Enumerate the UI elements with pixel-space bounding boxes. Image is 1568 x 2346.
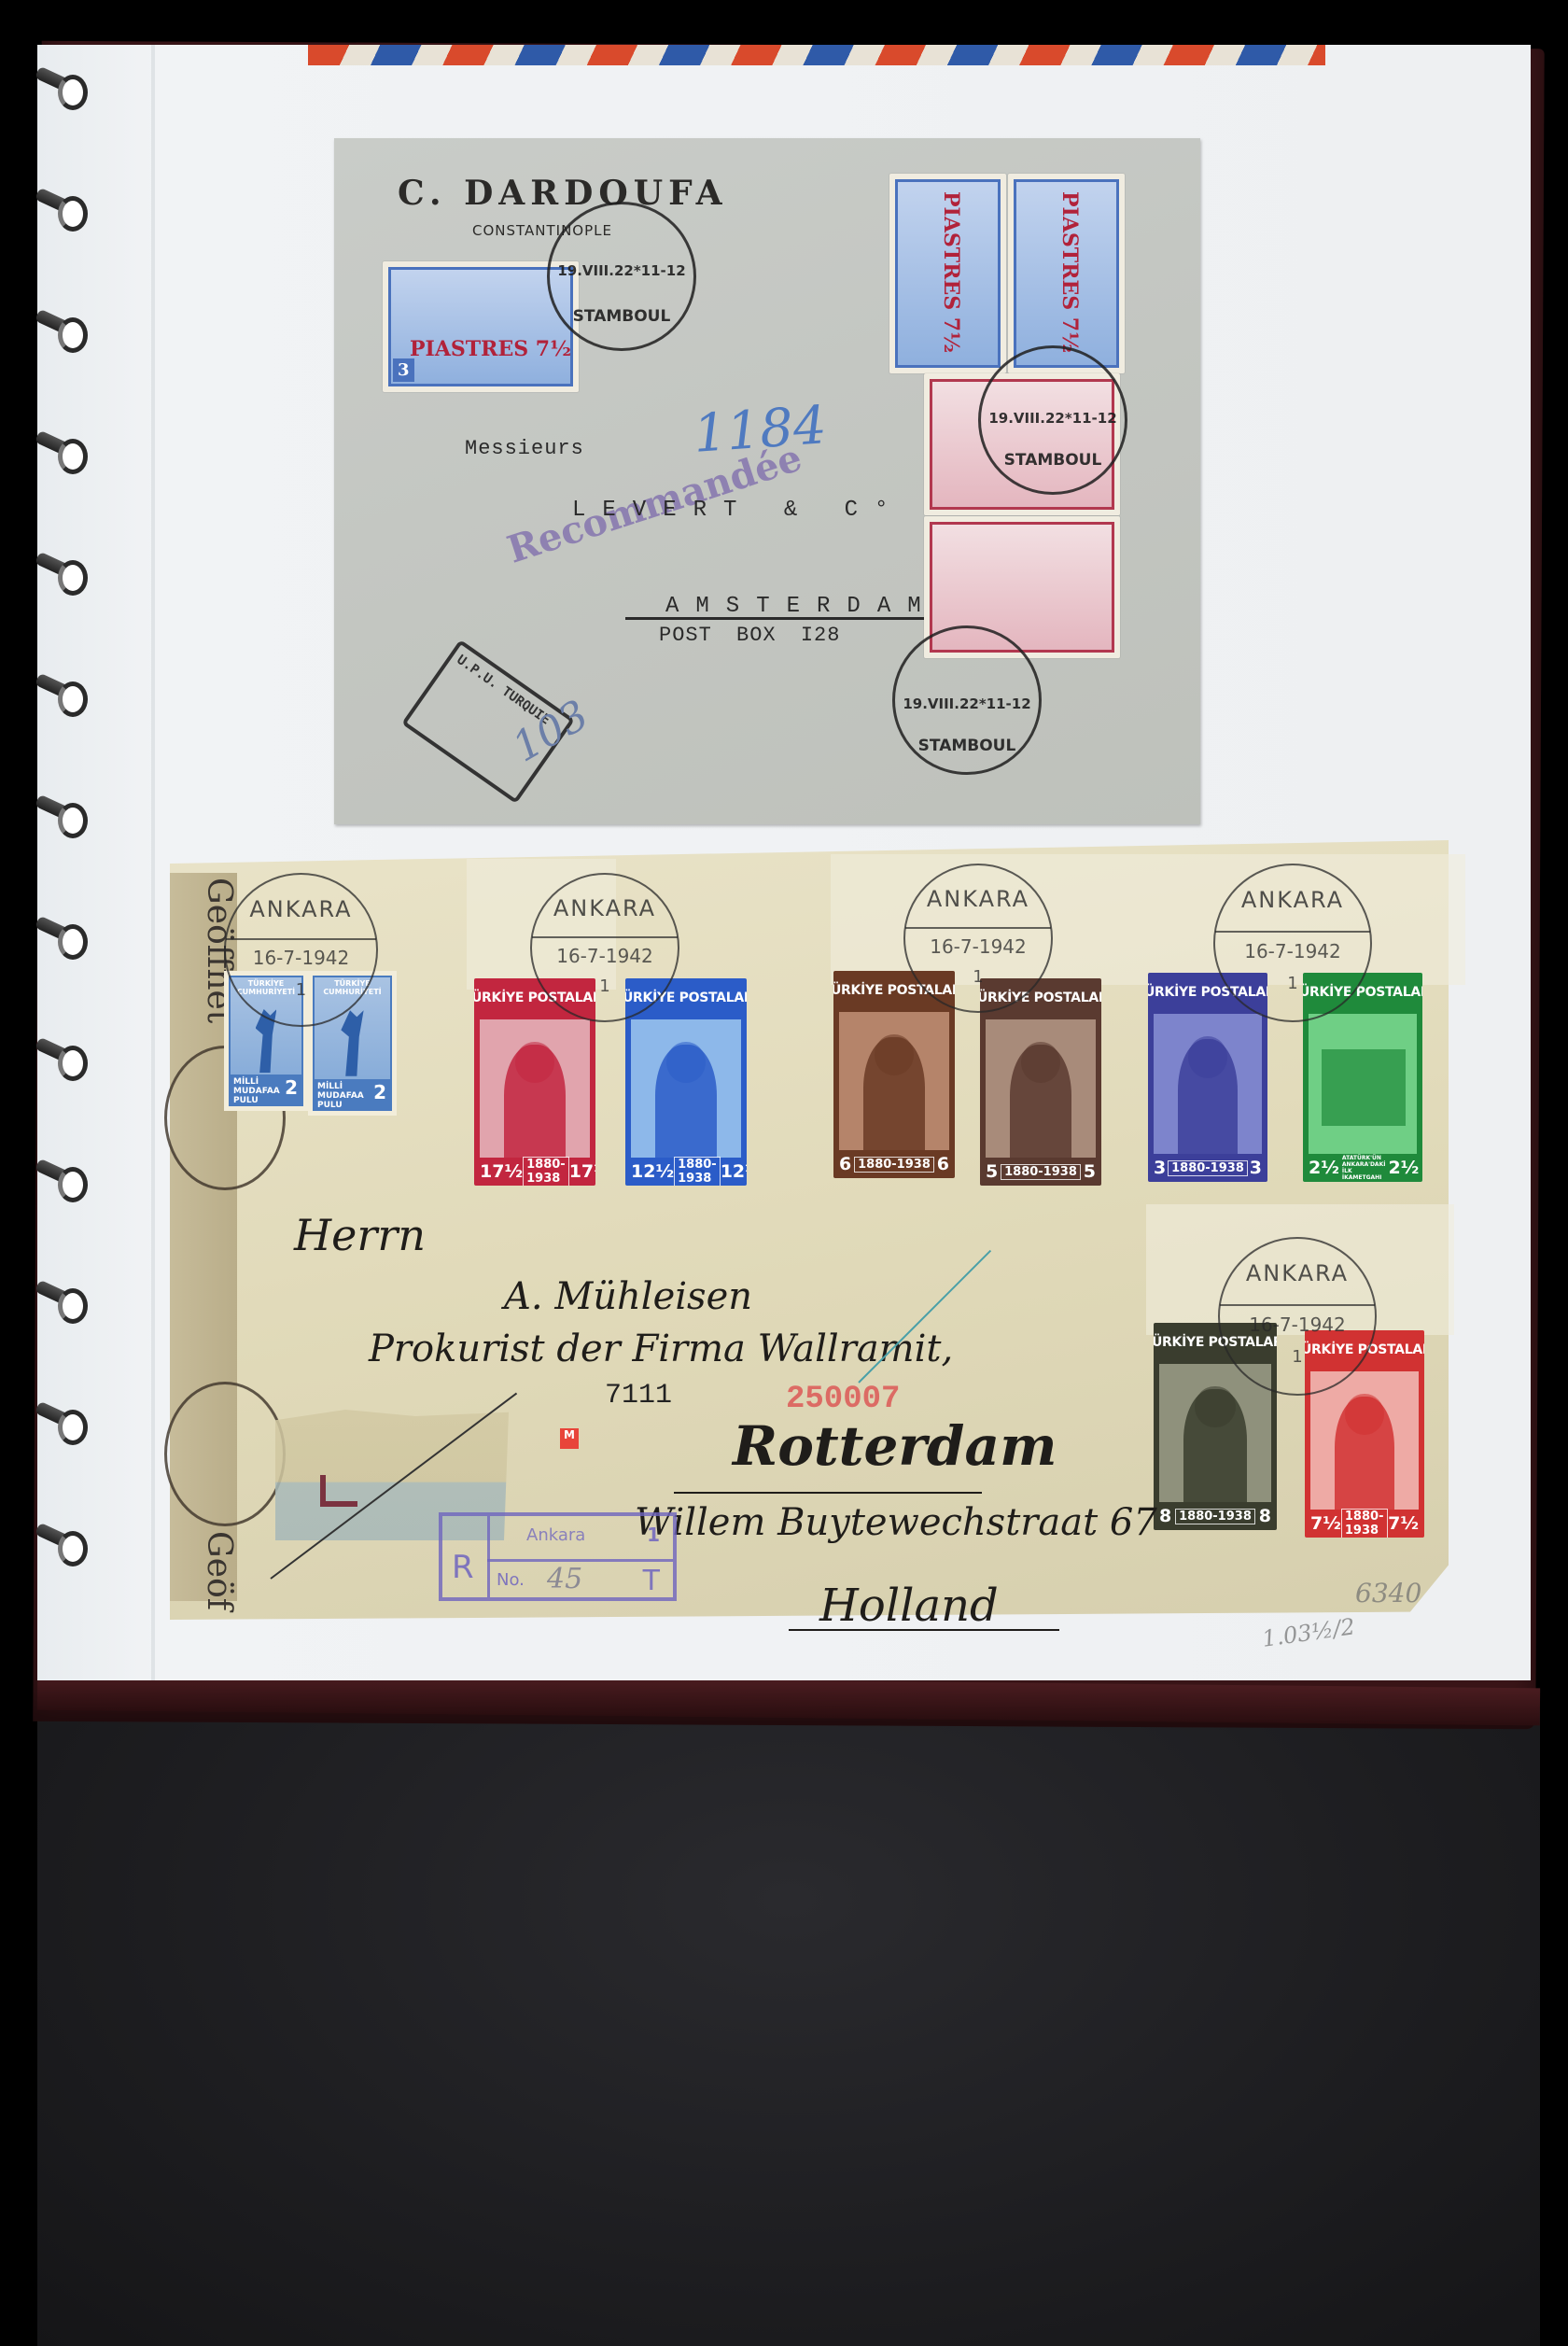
- red-m-mark: M: [560, 1428, 579, 1449]
- binder-ring-icon: [37, 1158, 80, 1195]
- address-street: Willem Buytewechstraat 67: [635, 1501, 1157, 1544]
- addressee-name: A. Mühleisen: [504, 1275, 752, 1318]
- binder-ring-icon: [37, 551, 80, 588]
- addressee: LEVERT & C°: [572, 498, 904, 523]
- registration-label: R Ankara 1 No. 45 T: [439, 1512, 677, 1601]
- cover-constantinople-1922: C. DARDOUFA CONSTANTINOPLE PIASTRES 7½ 3…: [334, 138, 1200, 824]
- cancel-stambul: 19.VIII.22*11-12 STAMBOUL: [978, 345, 1127, 495]
- cancel-stambul: 19.VIII.22*11-12 STAMBOUL: [547, 202, 696, 351]
- cancel-ankara: ANKARA16-7-19421: [224, 873, 378, 1027]
- stamp-turkiye-postalari-6: TÜRKİYE POSTALARI61880-19386: [833, 971, 955, 1178]
- binder-ring-icon: [37, 915, 80, 952]
- cancel-ankara: ANKARA16-7-19421: [1213, 864, 1372, 1022]
- registration-number: 7111: [605, 1380, 672, 1412]
- letterhead: C. DARDOUFA: [398, 174, 728, 213]
- address-city: Rotterdam: [733, 1414, 1057, 1478]
- binder-ring-icon: [37, 429, 80, 467]
- wehrmacht-censor-seal: [164, 1382, 286, 1526]
- address-country: Holland: [819, 1580, 999, 1632]
- stamp-ottoman-3pi-overprint: PIASTRES 7½: [889, 174, 1006, 373]
- page-gutter: [151, 45, 155, 1680]
- cancel-ankara: ANKARA16-7-19421: [530, 873, 679, 1022]
- dark-background: [37, 1708, 1540, 2346]
- binder-ring-icon: [37, 1036, 80, 1074]
- stamp-ottoman-3pi-overprint: PIASTRES 7½: [1008, 174, 1125, 373]
- censor-text-partial: Geöf: [200, 1531, 238, 1610]
- airmail-envelope-edge: [308, 45, 1325, 65]
- salutation: Messieurs: [465, 437, 584, 460]
- salutation-herrn: Herrn: [294, 1210, 426, 1260]
- binder-ring-icon: [37, 65, 80, 103]
- post-box: POST BOX I28: [659, 624, 840, 647]
- addressee-title: Prokurist der Firma Wallramit,: [369, 1328, 953, 1370]
- binder-ring-icon: [37, 794, 80, 831]
- binder-ring-icon: [37, 672, 80, 709]
- address-city: AMSTERDAM: [665, 594, 938, 619]
- cancel-ankara: ANKARA16-7-19421: [903, 864, 1053, 1013]
- address-underline: [625, 617, 924, 620]
- registration-number-red: 250007: [786, 1382, 900, 1417]
- pencil-note-price: 6340: [1355, 1578, 1421, 1608]
- cancel-stambul: 19.VIII.22*11-12 STAMBOUL: [892, 625, 1042, 775]
- cancel-ankara: ANKARA16-7-19421: [1218, 1237, 1377, 1396]
- binder-ring-icon: [37, 308, 80, 345]
- binder-ring-icon: [37, 1400, 80, 1438]
- binder-ring-icon: [37, 1522, 80, 1559]
- binder-ring-icon: [37, 1279, 80, 1316]
- binder-ring-icon: [37, 187, 80, 224]
- pencil-number: 1184: [692, 395, 829, 465]
